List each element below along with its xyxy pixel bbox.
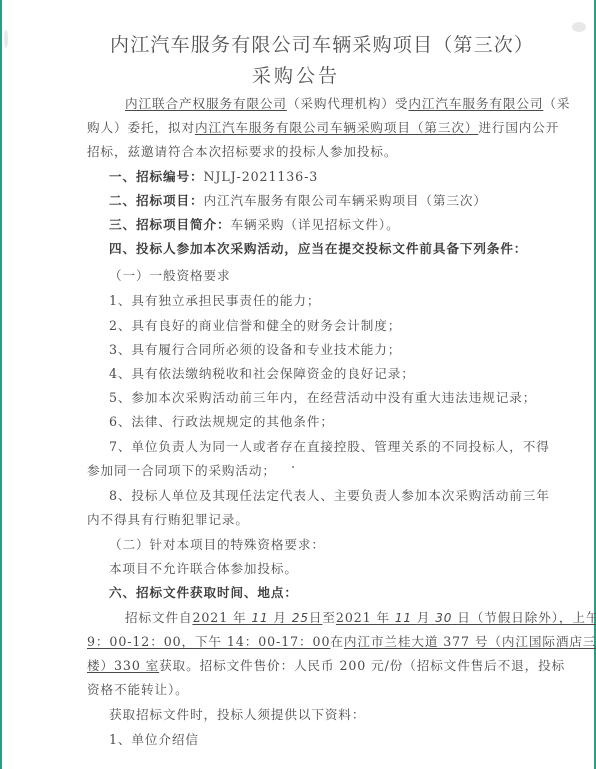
general-item: 3、具有履行合同所必须的设备和专业技术能力； <box>109 342 401 358</box>
acquire-address-cont: 楼）330 室 <box>87 658 159 673</box>
section-acquire-time-place: 六、招标文件获取时间、地点： <box>109 585 298 601</box>
acquire-line-2: 9：00-12：00，下午 14：00-17：00在内江市兰桂大道 377 号（… <box>87 634 596 650</box>
general-item-8-line-1: 8、投标人单位及其现任法定代表人、主要负责人参加本次采购活动前三年 <box>109 488 550 504</box>
general-item: 6、法律、行政法规规定的其他条件； <box>109 414 334 430</box>
acquire-prefix: 招标文件自 <box>125 610 192 625</box>
acquire-end-date: 2021 年 11 月 30 日（节假日除外），上午 <box>336 610 596 625</box>
left-frame-border <box>0 0 2 769</box>
acquire-line-4: 资格不能转让）。 <box>87 682 189 698</box>
acquire-to: 至 <box>322 610 336 625</box>
general-item: 5、参加本次采购活动前三年内，在经营活动中没有重大违法违规记录； <box>109 390 536 406</box>
intro-line-3: 招标，兹邀请符合本次招标要求的投标人参加投标。 <box>87 144 397 160</box>
agent-name: 内江联合产权服务有限公司 <box>125 96 287 111</box>
special-qualification-heading: （二）针对本项目的特殊资格要求： <box>109 537 325 553</box>
tender-number-label: 一、招标编号： <box>109 169 203 184</box>
acquire-price: 获取。招标文件售价：人民币 200 元/份（招标文件售后不退，投标 <box>159 658 565 673</box>
general-item: 2、具有良好的商业信誉和健全的财务会计制度； <box>109 318 401 334</box>
acquire-start-date: 2021 年 11 月 25日 <box>192 610 322 625</box>
scan-dot <box>292 466 294 468</box>
agent-role: （采购代理机构）受 <box>287 96 408 111</box>
acquire-address: 内江市兰桂大道 377 号（内江国际酒店三 <box>344 634 596 649</box>
document-title: 内江汽车服务有限公司车辆采购项目（第三次） <box>110 30 510 57</box>
general-item: 1、具有独立承担民事责任的能力； <box>109 293 320 309</box>
materials-item: 1、单位介绍信 <box>109 732 199 748</box>
general-item-8-line-2: 内不得具有行贿犯罪记录。 <box>87 512 249 528</box>
scan-speck <box>572 22 586 32</box>
section-tender-number: 一、招标编号：NJLJ-2021136-3 <box>109 169 318 185</box>
purchaser-role: （采 <box>543 96 570 111</box>
project-brief-label: 三、招标项目简介： <box>109 217 230 232</box>
tender-project-value: 内江汽车服务有限公司车辆采购项目（第三次） <box>203 193 486 208</box>
section-tender-project: 二、招标项目：内江汽车服务有限公司车辆采购项目（第三次） <box>109 193 487 209</box>
acquire-time: 9：00-12：00，下午 14：00-17：00 <box>87 634 330 649</box>
section-bidder-conditions: 四、投标人参加本次采购活动，应当在提交投标文件前具备下列条件： <box>109 241 527 257</box>
general-item-7-line-1: 7、单位负责人为同一人或者存在直接控股、管理关系的不同投标人，不得 <box>109 439 550 455</box>
document-subtitle: 采购公告 <box>87 61 505 88</box>
project-name: 内江汽车服务有限公司车辆采购项目（第三次） <box>195 120 478 135</box>
section-project-brief: 三、招标项目简介：车辆采购（详见招标文件）。 <box>109 217 400 233</box>
general-qualification-heading: （一）一般资格要求 <box>109 268 230 284</box>
acquire-line-3: 楼）330 室获取。招标文件售价：人民币 200 元/份（招标文件售后不退，投标 <box>87 658 565 674</box>
scan-speck <box>4 30 8 48</box>
tender-number-value: NJLJ-2021136-3 <box>203 169 318 184</box>
general-item: 4、具有依法缴纳税收和社会保障资金的良好记录； <box>109 366 415 382</box>
tender-project-label: 二、招标项目： <box>109 193 203 208</box>
general-item-7-line-2: 参加同一合同项下的采购活动； <box>87 463 276 479</box>
acquire-line-1: 招标文件自2021 年 11 月 25日至2021 年 11 月 30 日（节假… <box>125 610 596 626</box>
project-brief-value: 车辆采购（详见招标文件）。 <box>230 217 399 232</box>
acquire-at: 在 <box>330 634 344 649</box>
intro-tail: 进行国内公开 <box>478 120 559 135</box>
purchaser-role-cont: 购人）委托，拟对 <box>87 120 195 135</box>
intro-line-2: 购人）委托，拟对内江汽车服务有限公司车辆采购项目（第三次）进行国内公开 <box>87 120 559 136</box>
materials-intro: 获取招标文件时，投标人须提供以下资料： <box>109 707 365 723</box>
special-qualification-text: 本项目不允许联合体参加投标。 <box>109 561 298 577</box>
intro-line-1: 内江联合产权服务有限公司（采购代理机构）受内江汽车服务有限公司（采 <box>125 96 570 112</box>
purchaser-name: 内江汽车服务有限公司 <box>408 96 543 111</box>
